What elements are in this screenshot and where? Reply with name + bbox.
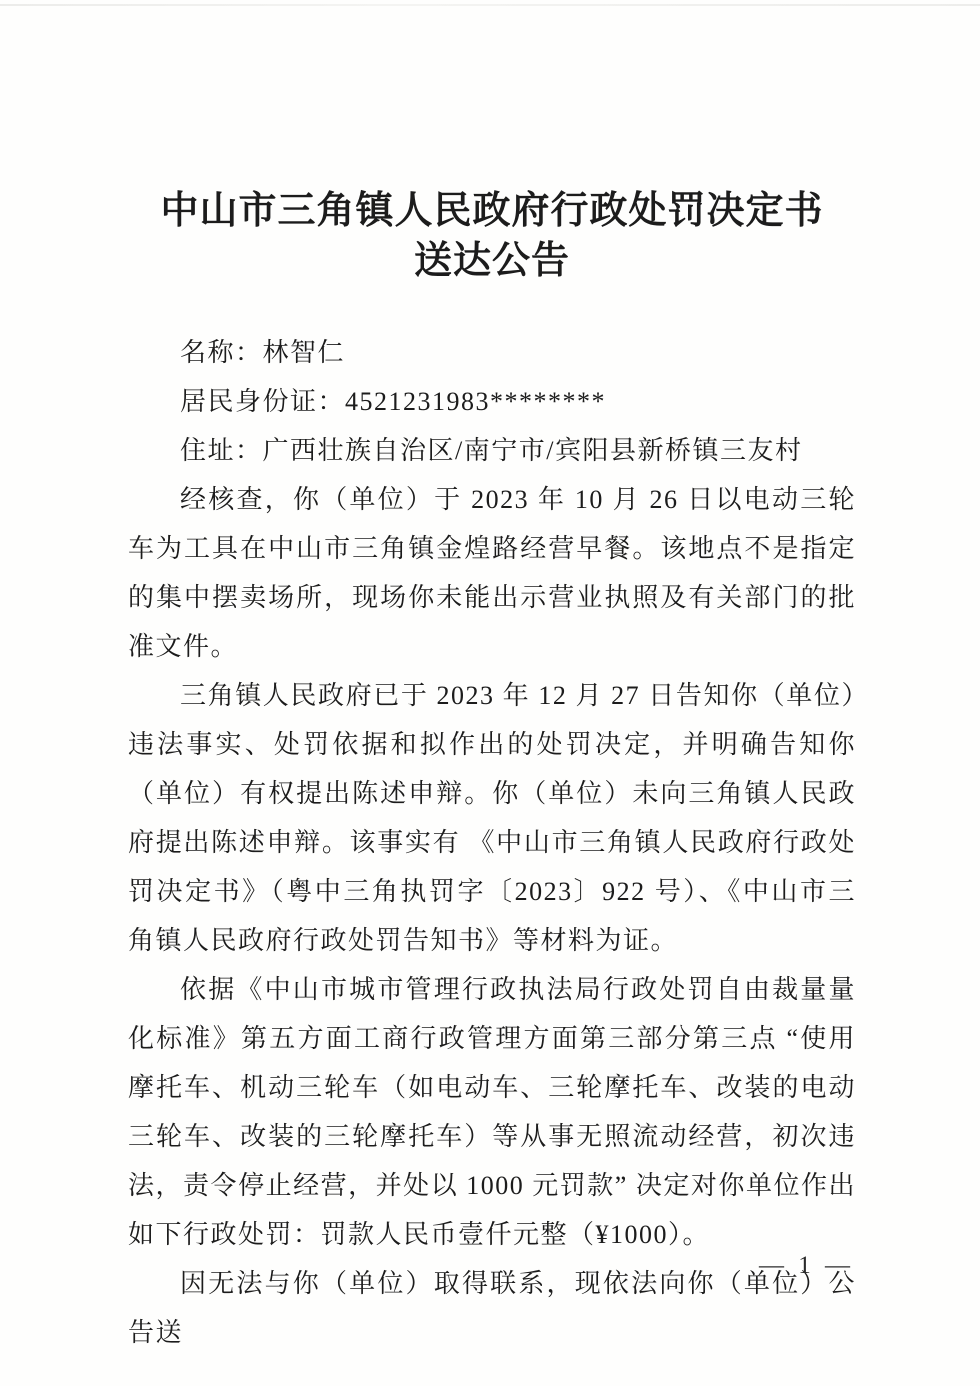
page-number: — 1 — [759,1252,854,1280]
document-title-line-2: 送达公告 [414,240,570,282]
scan-edge-artifact [0,4,980,6]
recipient-address-line: 住址：广西壮族自治区/南宁市/宾阳县新桥镇三友村 [128,426,856,475]
body-paragraph-public-notice: 因无法与你（单位）取得联系，现依法向你（单位）公告送 [128,1259,856,1357]
document-page: 中山市三角镇人民政府行政处罚决定书 送达公告 名称：林智仁 居民身份证：4521… [0,0,980,1386]
recipient-name-line: 名称：林智仁 [128,328,856,377]
body-paragraph-penalty-basis: 依据《中山市城市管理行政执法局行政处罚自由裁量量化标准》第五方面工商行政管理方面… [128,965,856,1259]
document-title-line-1: 中山市三角镇人民政府行政处罚决定书 [160,190,823,232]
body-paragraph-notification: 三角镇人民政府已于 2023 年 12 月 27 日告知你（单位）违法事实、处罚… [128,671,856,965]
document-content: 中山市三角镇人民政府行政处罚决定书 送达公告 名称：林智仁 居民身份证：4521… [128,186,856,1357]
document-title: 中山市三角镇人民政府行政处罚决定书 送达公告 [128,186,856,286]
body-paragraph-verification: 经核查，你（单位）于 2023 年 10 月 26 日以电动三轮车为工具在中山市… [128,475,856,671]
recipient-id-line: 居民身份证：4521231983******** [128,377,856,426]
